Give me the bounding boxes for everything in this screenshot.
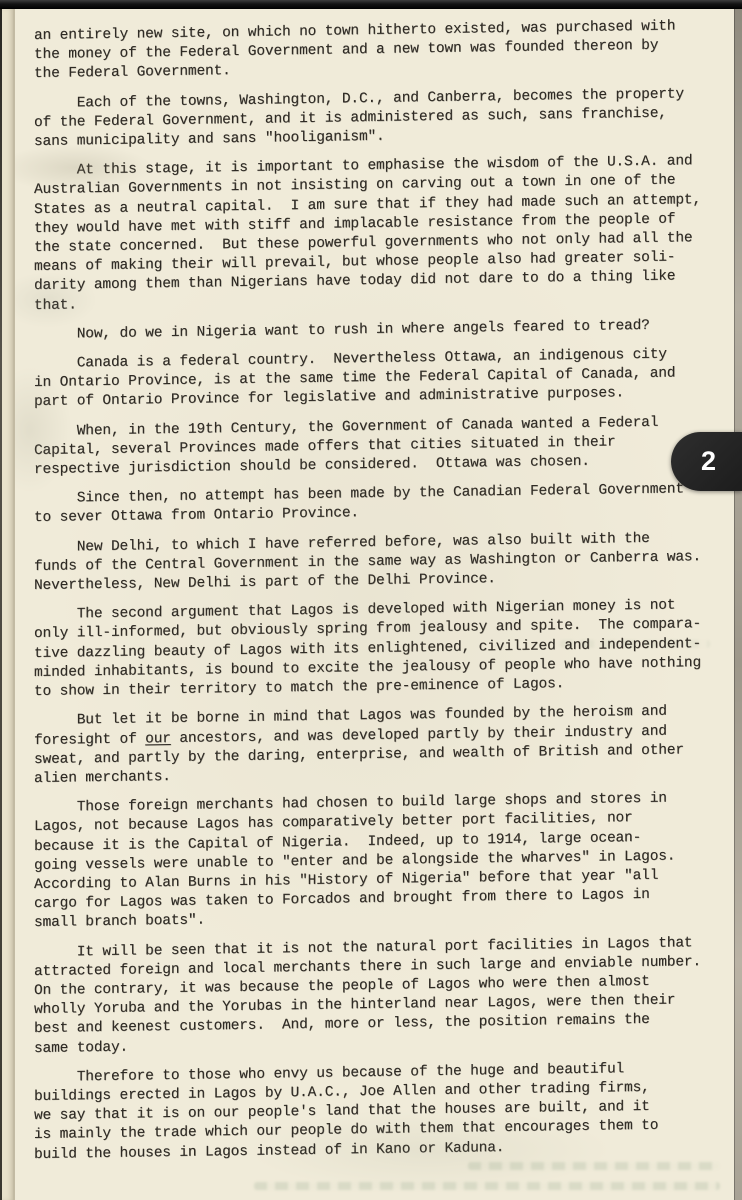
paragraph: But let it be borne in mind that Lagos w… xyxy=(34,702,724,789)
paragraph: New Delhi, to which I have referred befo… xyxy=(34,528,724,596)
paper-right-spine-edge xyxy=(734,9,742,1200)
page-number: 2 xyxy=(701,448,716,475)
paragraph: Canada is a federal country. Nevertheles… xyxy=(34,345,724,413)
document-body: an entirely new site, on which no town h… xyxy=(34,17,724,1175)
paragraph: When, in the 19th Century, the Governmen… xyxy=(34,412,724,480)
scanned-document-page: { "page": { "badge": { "number": "2" }, … xyxy=(0,0,742,1200)
paragraph: an entirely new site, on which no town h… xyxy=(34,17,724,85)
paragraph: Therefore to those who envy us because o… xyxy=(34,1059,724,1165)
paragraph: The second argument that Lagos is develo… xyxy=(34,596,724,702)
left-dark-edge xyxy=(0,0,2,1200)
paper-left-edge xyxy=(2,9,15,1200)
paragraph: Each of the towns, Washington, D.C., and… xyxy=(34,84,724,152)
paragraph: Those foreign merchants had chosen to bu… xyxy=(34,789,724,934)
ink-bleedthrough xyxy=(254,1182,720,1190)
page-number-badge: 2 xyxy=(671,432,742,491)
paragraph: Since then, no attempt has been made by … xyxy=(34,480,724,529)
paragraph: It will be seen that it is not the natur… xyxy=(34,933,724,1058)
paragraph: At this stage, it is important to emphas… xyxy=(34,152,724,316)
paragraph: Now, do we in Nigeria want to rush in wh… xyxy=(34,316,724,345)
top-edge-bar xyxy=(0,0,742,9)
